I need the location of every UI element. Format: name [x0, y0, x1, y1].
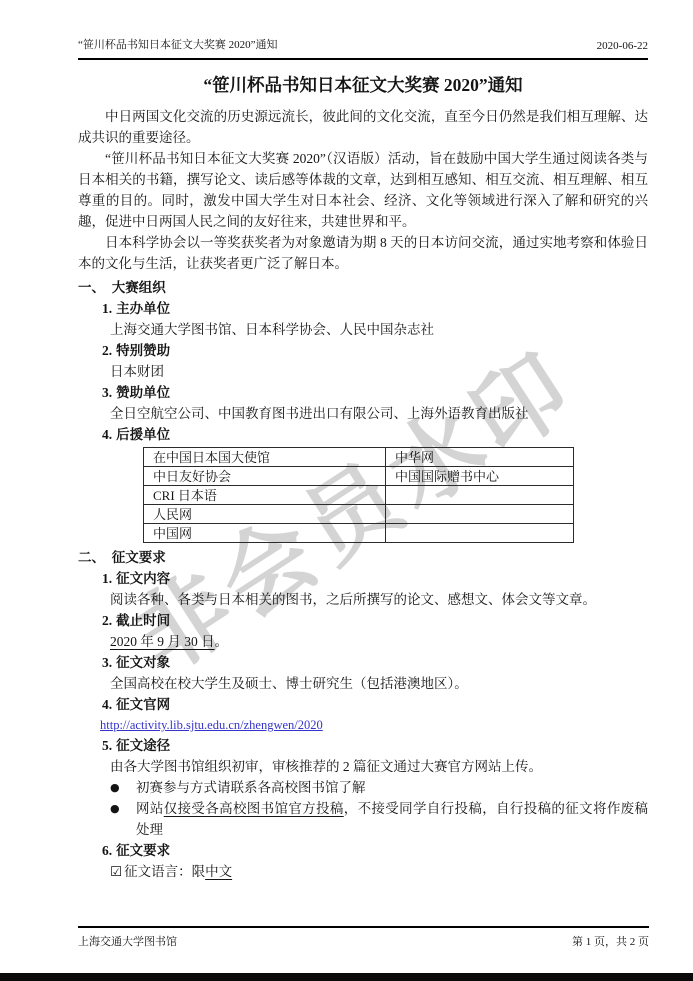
table-row: 中国网	[144, 524, 574, 543]
item-heading: 3.征文对象	[102, 652, 648, 673]
item-heading: 4.后援单位	[102, 424, 648, 445]
section-2-heading: 二、 征文要求	[78, 547, 648, 568]
checkbox-checked-icon: ☑	[110, 864, 122, 880]
document-page: “笹川杯品书知日本征文大奖赛 2020”通知 2020-06-22 “笹川杯品书…	[0, 0, 693, 883]
table-cell: 中日友好协会	[144, 467, 386, 486]
bullet-text: 初赛参与方式请联系各高校图书馆了解	[136, 777, 648, 798]
item-content: 阅读各种、各类与日本相关的图书，之后所撰写的论文、感想文、体会文等文章。	[110, 589, 648, 610]
item-number: 1.	[102, 571, 112, 586]
item-heading: 6.征文要求	[102, 840, 648, 861]
language-requirement-line: ☑征文语言：限中文	[110, 861, 648, 883]
item-content: 由各大学图书馆组织初审，审核推荐的 2 篇征文通过大赛官方网站上传。	[110, 756, 648, 777]
bullet-item: ● 初赛参与方式请联系各高校图书馆了解	[110, 777, 648, 798]
item-label: 后援单位	[116, 427, 170, 442]
deadline-line: 2020 年 9 月 30 日。	[110, 631, 648, 652]
language-text: 征文语言：限	[124, 864, 205, 879]
item-heading: 2.截止时间	[102, 610, 648, 631]
contest-website-link[interactable]: http://activity.lib.sjtu.edu.cn/zhengwen…	[100, 715, 323, 735]
running-header-date: 2020-06-22	[597, 40, 648, 52]
section-1-heading: 一、 大赛组织	[78, 277, 648, 298]
item-number: 2.	[102, 613, 112, 628]
item-heading: 5.征文途径	[102, 735, 648, 756]
item-content: 全日空航空公司、中国教育图书进出口有限公司、上海外语教育出版社	[110, 403, 648, 424]
item-label: 征文途径	[116, 738, 170, 753]
item-heading: 4.征文官网	[102, 694, 648, 715]
page-title: “笹川杯品书知日本征文大奖赛 2020”通知	[78, 72, 648, 98]
deadline-suffix: 。	[215, 634, 229, 649]
item-content: 上海交通大学图书馆、日本科学协会、人民中国杂志社	[110, 319, 648, 340]
bullet-item: ● 网站仅接受各高校图书馆官方投稿，不接受同学自行投稿，自行投稿的征文将作废稿处…	[110, 798, 648, 840]
footer-organization: 上海交通大学图书馆	[78, 933, 177, 949]
table-cell: 在中国日本国大使馆	[144, 448, 386, 467]
item-content: 全国高校在校大学生及硕士、博士研究生（包括港澳地区）。	[110, 673, 648, 694]
item-number: 4.	[102, 427, 112, 442]
intro-paragraph-2: “笹川杯品书知日本征文大奖赛 2020”（汉语版）活动，旨在鼓励中国大学生通过阅…	[78, 148, 648, 232]
bullet-icon: ●	[110, 798, 136, 840]
running-header-title: “笹川杯品书知日本征文大奖赛 2020”通知	[78, 36, 278, 52]
table-cell: 中国网	[144, 524, 386, 543]
item-label: 特别赞助	[116, 343, 170, 358]
item-number: 4.	[102, 697, 112, 712]
item-label: 主办单位	[116, 301, 170, 316]
bullet-text: 网站仅接受各高校图书馆官方投稿，不接受同学自行投稿，自行投稿的征文将作废稿处理	[136, 798, 648, 840]
table-row: CRI 日本语	[144, 486, 574, 505]
item-number: 6.	[102, 843, 112, 858]
item-label: 征文官网	[116, 697, 170, 712]
running-header: “笹川杯品书知日本征文大奖赛 2020”通知 2020-06-22	[78, 36, 648, 60]
table-cell: 中华网	[386, 448, 574, 467]
page-bottom-bar	[0, 973, 693, 981]
item-number: 3.	[102, 385, 112, 400]
table-cell	[386, 524, 574, 543]
item-heading: 1.征文内容	[102, 568, 648, 589]
table-cell	[386, 486, 574, 505]
intro-paragraph-3: 日本科学协会以一等奖获奖者为对象邀请为期 8 天的日本访问交流，通过实地考察和体…	[78, 232, 648, 274]
item-number: 1.	[102, 301, 112, 316]
page-footer: 上海交通大学图书馆 第 1 页，共 2 页	[78, 926, 649, 949]
table-row: 人民网	[144, 505, 574, 524]
item-label: 赞助单位	[116, 385, 170, 400]
item-content: 日本财团	[110, 361, 648, 382]
item-number: 5.	[102, 738, 112, 753]
table-cell: CRI 日本语	[144, 486, 386, 505]
item-heading: 2.特别赞助	[102, 340, 648, 361]
item-label: 征文要求	[116, 843, 170, 858]
table-row: 中日友好协会 中国国际赠书中心	[144, 467, 574, 486]
supporters-table: 在中国日本国大使馆 中华网 中日友好协会 中国国际赠书中心 CRI 日本语 人民…	[143, 447, 574, 543]
item-heading: 3.赞助单位	[102, 382, 648, 403]
item-heading: 1.主办单位	[102, 298, 648, 319]
deadline-date: 2020 年 9 月 30 日	[110, 634, 215, 649]
table-cell: 人民网	[144, 505, 386, 524]
table-cell	[386, 505, 574, 524]
footer-page-number: 第 1 页，共 2 页	[572, 933, 649, 949]
bullet-text-pre: 网站	[136, 801, 164, 816]
intro-paragraph-1: 中日两国文化交流的历史源远流长，彼此间的文化交流，直至今日仍然是我们相互理解、达…	[78, 106, 648, 148]
table-cell: 中国国际赠书中心	[386, 467, 574, 486]
bullet-icon: ●	[110, 777, 136, 798]
item-label: 征文对象	[116, 655, 170, 670]
item-label: 截止时间	[116, 613, 170, 628]
language-value: 中文	[205, 864, 232, 879]
bullet-text-underlined: 仅接受各高校图书馆官方投稿	[164, 801, 344, 816]
website-line: http://activity.lib.sjtu.edu.cn/zhengwen…	[78, 715, 648, 735]
table-row: 在中国日本国大使馆 中华网	[144, 448, 574, 467]
item-number: 2.	[102, 343, 112, 358]
item-label: 征文内容	[116, 571, 170, 586]
item-number: 3.	[102, 655, 112, 670]
